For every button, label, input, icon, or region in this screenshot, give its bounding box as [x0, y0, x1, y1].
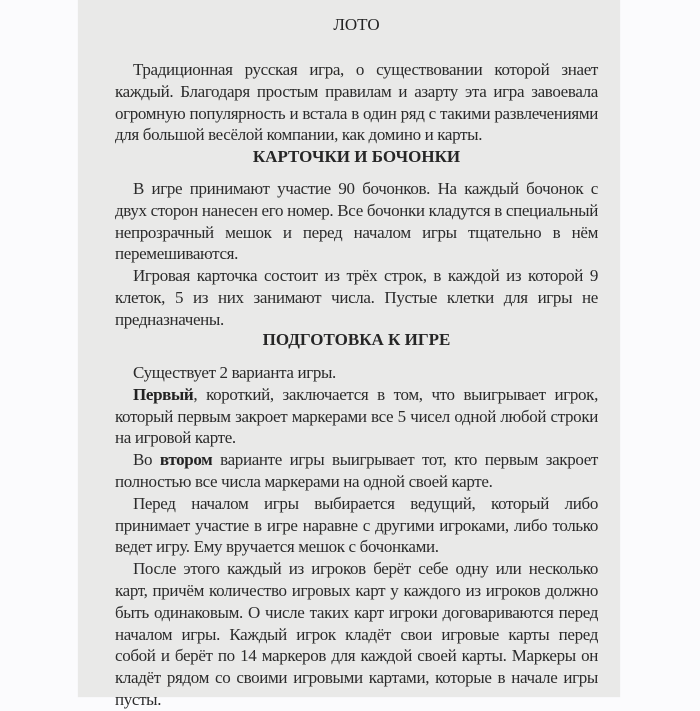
intro-section: Традиционная русская игра, о существован…: [115, 59, 598, 146]
prep-paragraph-cards-markers: После этого каждый из игроков берёт себе…: [115, 558, 598, 700]
intro-paragraph: Традиционная русская игра, о существован…: [115, 59, 598, 146]
page-title: ЛОТО: [115, 14, 598, 36]
prep-paragraph-first-variant: Первый, короткий, заключается в том, что…: [115, 384, 598, 449]
book-page: ЛОТО Традиционная русская игра, о сущест…: [78, 0, 620, 697]
section-heading-preparation: ПОДГОТОВКА К ИГРЕ: [115, 329, 598, 351]
bold-term-second: втором: [160, 450, 213, 469]
prep-paragraph-second-variant: Во втором варианте игры выигрывает тот, …: [115, 449, 598, 493]
section-heading-cards: КАРТОЧКИ И БОЧОНКИ: [115, 146, 598, 168]
second-variant-prefix: Во: [133, 450, 160, 469]
cards-paragraph-2: Игровая карточка состоит из трёх строк, …: [115, 265, 598, 330]
prep-paragraph-host: Перед началом игры выбирается ведущий, к…: [115, 493, 598, 558]
cards-paragraph-1: В игре принимают участие 90 бочонков. На…: [115, 178, 598, 265]
prep-paragraph-variants: Существует 2 варианта игры.: [115, 362, 598, 384]
preparation-section: Существует 2 варианта игры. Первый, коро…: [115, 362, 598, 700]
cards-section: В игре принимают участие 90 бочонков. На…: [115, 178, 598, 331]
bold-term-first: Первый: [133, 385, 193, 404]
